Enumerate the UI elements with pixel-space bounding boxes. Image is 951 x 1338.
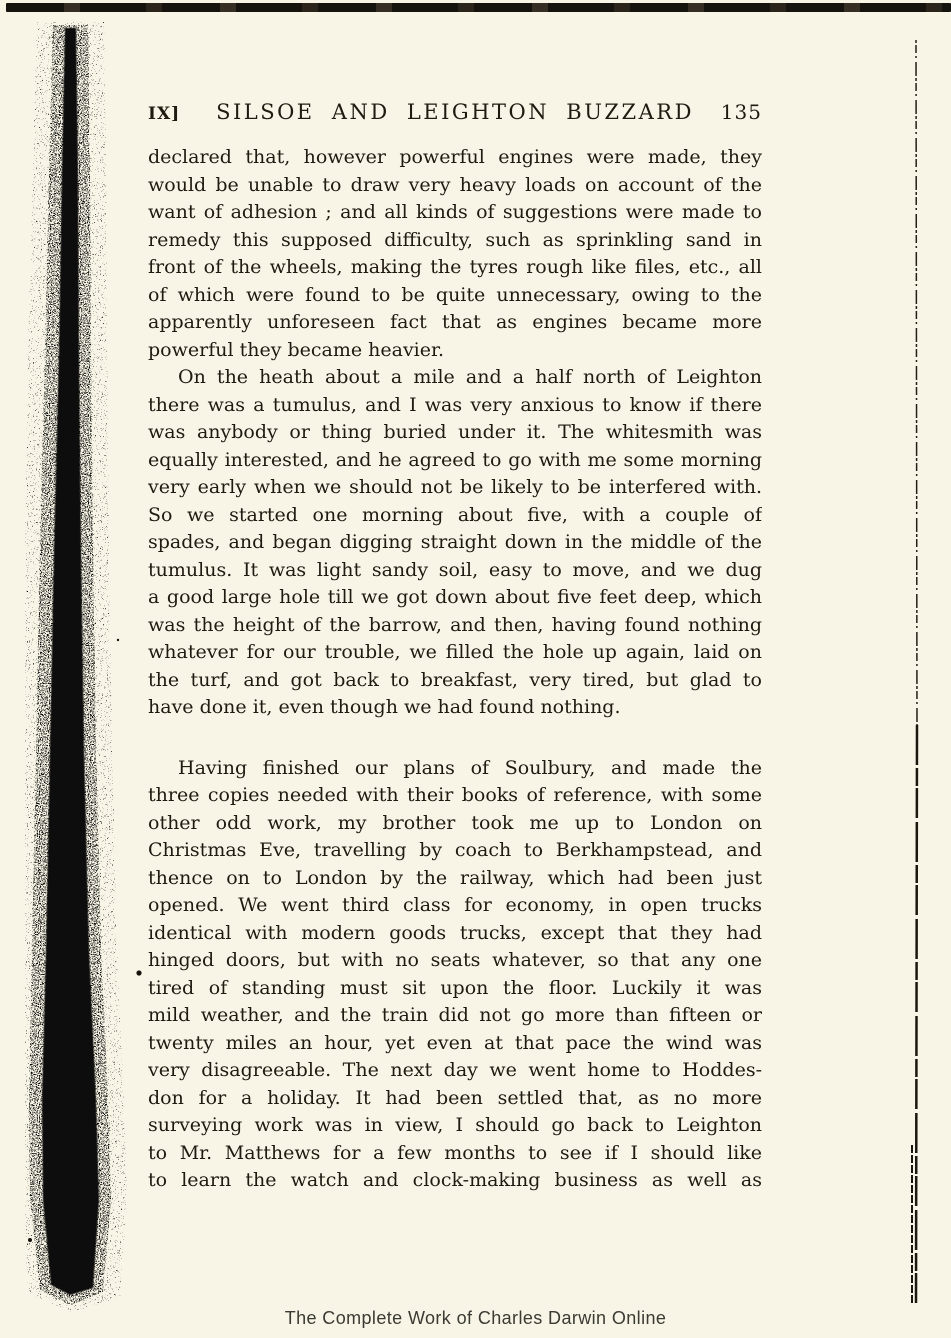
stray-speck [117, 639, 119, 641]
text-line: powerful they became heavier. [148, 337, 762, 365]
page-edge-line [895, 25, 935, 1320]
text-line: opened. We went third class for economy,… [148, 892, 762, 920]
text-line: spades, and began digging straight down … [148, 529, 762, 557]
text-line: Having finished our plans of Soulbury, a… [148, 755, 762, 783]
text-line: very early when we should not be likely … [148, 474, 762, 502]
paragraph: On the heath about a mile and a half nor… [148, 364, 762, 722]
text-line: was anybody or thing buried under it. Th… [148, 419, 762, 447]
text-line: thence on to London by the railway, whic… [148, 865, 762, 893]
text-line: hinged doors, but with no seats whatever… [148, 947, 762, 975]
text-line: whatever for our trouble, we filled the … [148, 639, 762, 667]
binding-shadow [25, 20, 155, 1318]
text-line: mild weather, and the train did not go m… [148, 1002, 762, 1030]
text-line: want of adhesion ; and all kinds of sugg… [148, 199, 762, 227]
text-line: twenty miles an hour, yet even at that p… [148, 1030, 762, 1058]
scan-edge-top [6, 3, 951, 12]
running-head: IX] SILSOE AND LEIGHTON BUZZARD 135 [148, 100, 762, 124]
text-line: don for a holiday. It had been settled t… [148, 1085, 762, 1113]
text-line: So we started one morning about five, wi… [148, 502, 762, 530]
chapter-label: IX] [148, 104, 216, 124]
footer-caption: The Complete Work of Charles Darwin Onli… [0, 1308, 951, 1329]
text-line: have done it, even though we had found n… [148, 694, 762, 722]
text-line: apparently unforeseen fact that as engin… [148, 309, 762, 337]
text-line: other odd work, my brother took me up to… [148, 810, 762, 838]
text-line: surveying work was in view, I should go … [148, 1112, 762, 1140]
text-line: equally interested, and he agreed to go … [148, 447, 762, 475]
paragraph: declared that, however powerful engines … [148, 144, 762, 364]
page-body: declared that, however powerful engines … [148, 144, 762, 1195]
text-line: three copies needed with their books of … [148, 782, 762, 810]
text-line: declared that, however powerful engines … [148, 144, 762, 172]
text-line: Christmas Eve, travelling by coach to Be… [148, 837, 762, 865]
text-line: there was a tumulus, and I was very anxi… [148, 392, 762, 420]
text-line: remedy this supposed difficulty, such as… [148, 227, 762, 255]
text-line: identical with modern goods trucks, exce… [148, 920, 762, 948]
text-line: a good large hole till we got down about… [148, 584, 762, 612]
text-line: was the height of the barrow, and then, … [148, 612, 762, 640]
text-line: to Mr. Matthews for a few months to see … [148, 1140, 762, 1168]
paragraph: Having finished our plans of Soulbury, a… [148, 755, 762, 1195]
text-line: very disagreeable. The next day we went … [148, 1057, 762, 1085]
text-line: tumulus. It was light sandy soil, easy t… [148, 557, 762, 585]
text-line: would be unable to draw very heavy loads… [148, 172, 762, 200]
stray-speck [136, 970, 141, 975]
page-number: 135 [694, 100, 762, 124]
stray-speck [28, 1238, 32, 1242]
text-line: the turf, and got back to breakfast, ver… [148, 667, 762, 695]
page-title: SILSOE AND LEIGHTON BUZZARD [216, 100, 694, 124]
text-line: front of the wheels, making the tyres ro… [148, 254, 762, 282]
scanned-book-page: IX] SILSOE AND LEIGHTON BUZZARD 135 decl… [0, 0, 951, 1338]
text-line: to learn the watch and clock-making busi… [148, 1167, 762, 1195]
text-line: of which were found to be quite unnecess… [148, 282, 762, 310]
text-line: On the heath about a mile and a half nor… [148, 364, 762, 392]
text-line: tired of standing must sit upon the floo… [148, 975, 762, 1003]
